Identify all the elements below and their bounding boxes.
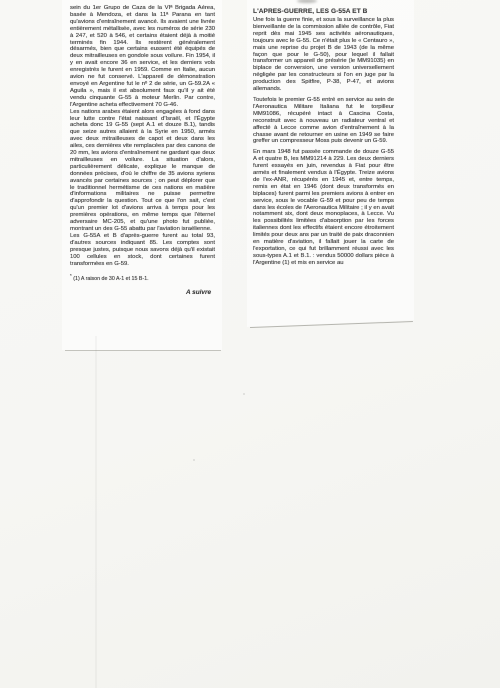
scan-speck <box>243 393 245 395</box>
scanned-document-page: sein du 1er Grupo de Caza de la VIª Brig… <box>0 0 500 688</box>
article-paragraph: sein du 1er Grupo de Caza de la VIª Brig… <box>70 5 215 109</box>
footnote-marker: * <box>70 273 72 278</box>
article-paragraph: Les G-55A et B d'après-guerre furent au … <box>70 233 215 268</box>
footnote-text: (1) A raison de 30 A-1 et 15 B-1. <box>73 276 148 282</box>
article-paragraph: En mars 1948 fut passée commande de douz… <box>253 149 394 266</box>
article-heading: L'APRES-GUERRE, LES G-55A ET B <box>253 8 394 16</box>
article-paragraph: Une fois la guerre finie, et sous la sur… <box>253 17 394 93</box>
scan-speck <box>193 459 195 461</box>
scan-fold-streak <box>95 336 97 688</box>
footnote: * (1) A raison de 30 A-1 et 15 B-1. <box>70 273 215 282</box>
left-text-column: sein du 1er Grupo de Caza de la VIª Brig… <box>70 5 215 296</box>
article-paragraph: Toutefois le premier G-55 entré en servi… <box>253 97 394 145</box>
right-text-column: L'APRES-GUERRE, LES G-55A ET B Une fois … <box>253 8 394 271</box>
continuation-marker: A suivre <box>70 289 215 296</box>
left-clipping-edge-line <box>65 350 221 351</box>
article-paragraph: Les nations arabes étaient alors engagée… <box>70 109 215 233</box>
